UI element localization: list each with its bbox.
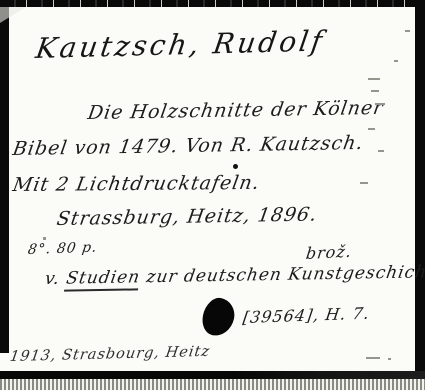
title-line-3: Mit 2 Lichtdrucktafeln. (13, 172, 260, 196)
scan-speck (388, 358, 391, 360)
title-line-1: Die Holzschnitte der Kölner (88, 97, 384, 124)
accession-number-line: [39564], H. 7. (243, 304, 371, 327)
author-heading: Kautzsch, Rudolf (36, 24, 326, 65)
scan-edge-bottom (0, 371, 425, 379)
scan-speck (375, 103, 385, 105)
series-rest: zur deutschen Kunstgeschichte, (145, 262, 425, 287)
scan-speck (43, 237, 46, 240)
imprint-text: Strassburg, Heitz, 1896. (55, 203, 319, 230)
title-line-3-text: Mit 2 Lichtdrucktafeln. (11, 172, 261, 196)
scan-speck (394, 60, 398, 62)
scan-edge-right (415, 0, 425, 375)
scan-speck (368, 78, 380, 80)
author-heading-text: Kautzsch, Rudolf (34, 24, 328, 65)
title-line-2-text: Bibel von 1479. Von R. Kautzsch. (11, 132, 365, 160)
ink-dot (233, 164, 238, 169)
scan-edge-bottom-halftone (0, 379, 425, 390)
scan-speck (378, 150, 384, 152)
scan-speck (366, 357, 380, 359)
scan-edge-left (0, 7, 9, 353)
ink-blot (199, 295, 237, 339)
accession-number-text: [39564], H. 7. (242, 304, 372, 328)
scan-speck (405, 30, 410, 32)
bottom-note-line: 1913, Strasbourg, Heitz (10, 344, 210, 365)
catalog-card-scan: Kautzsch, Rudolf Die Holzschnitte der Kö… (0, 0, 425, 390)
binding-note: brož. (306, 242, 353, 263)
collation-text: 8°. 80 p. (27, 240, 99, 259)
bottom-note-text: 1913, Strasbourg, Heitz (9, 344, 211, 365)
card-corner-cut (0, 7, 26, 23)
series-name-underlined: Studien (64, 267, 141, 291)
scan-speck (371, 90, 379, 92)
series-prefix: v. (43, 269, 61, 289)
collation-line: 8°. 80 p. (28, 240, 98, 258)
title-line-1-text: Die Holzschnitte der Kölner (86, 97, 385, 124)
series-reference-line: v. Studien zur deutschen Kunstgeschichte… (45, 262, 425, 289)
scan-speck (368, 128, 375, 130)
series-reference-inner: v. Studien zur deutschen Kunstgeschichte… (43, 262, 425, 289)
binding-note-text: brož. (305, 242, 353, 264)
scan-edge-top (0, 0, 425, 7)
title-line-2: Bibel von 1479. Von R. Kautzsch. (13, 132, 364, 160)
scan-speck (360, 182, 368, 184)
imprint-line: Strassburg, Heitz, 1896. (57, 203, 318, 230)
